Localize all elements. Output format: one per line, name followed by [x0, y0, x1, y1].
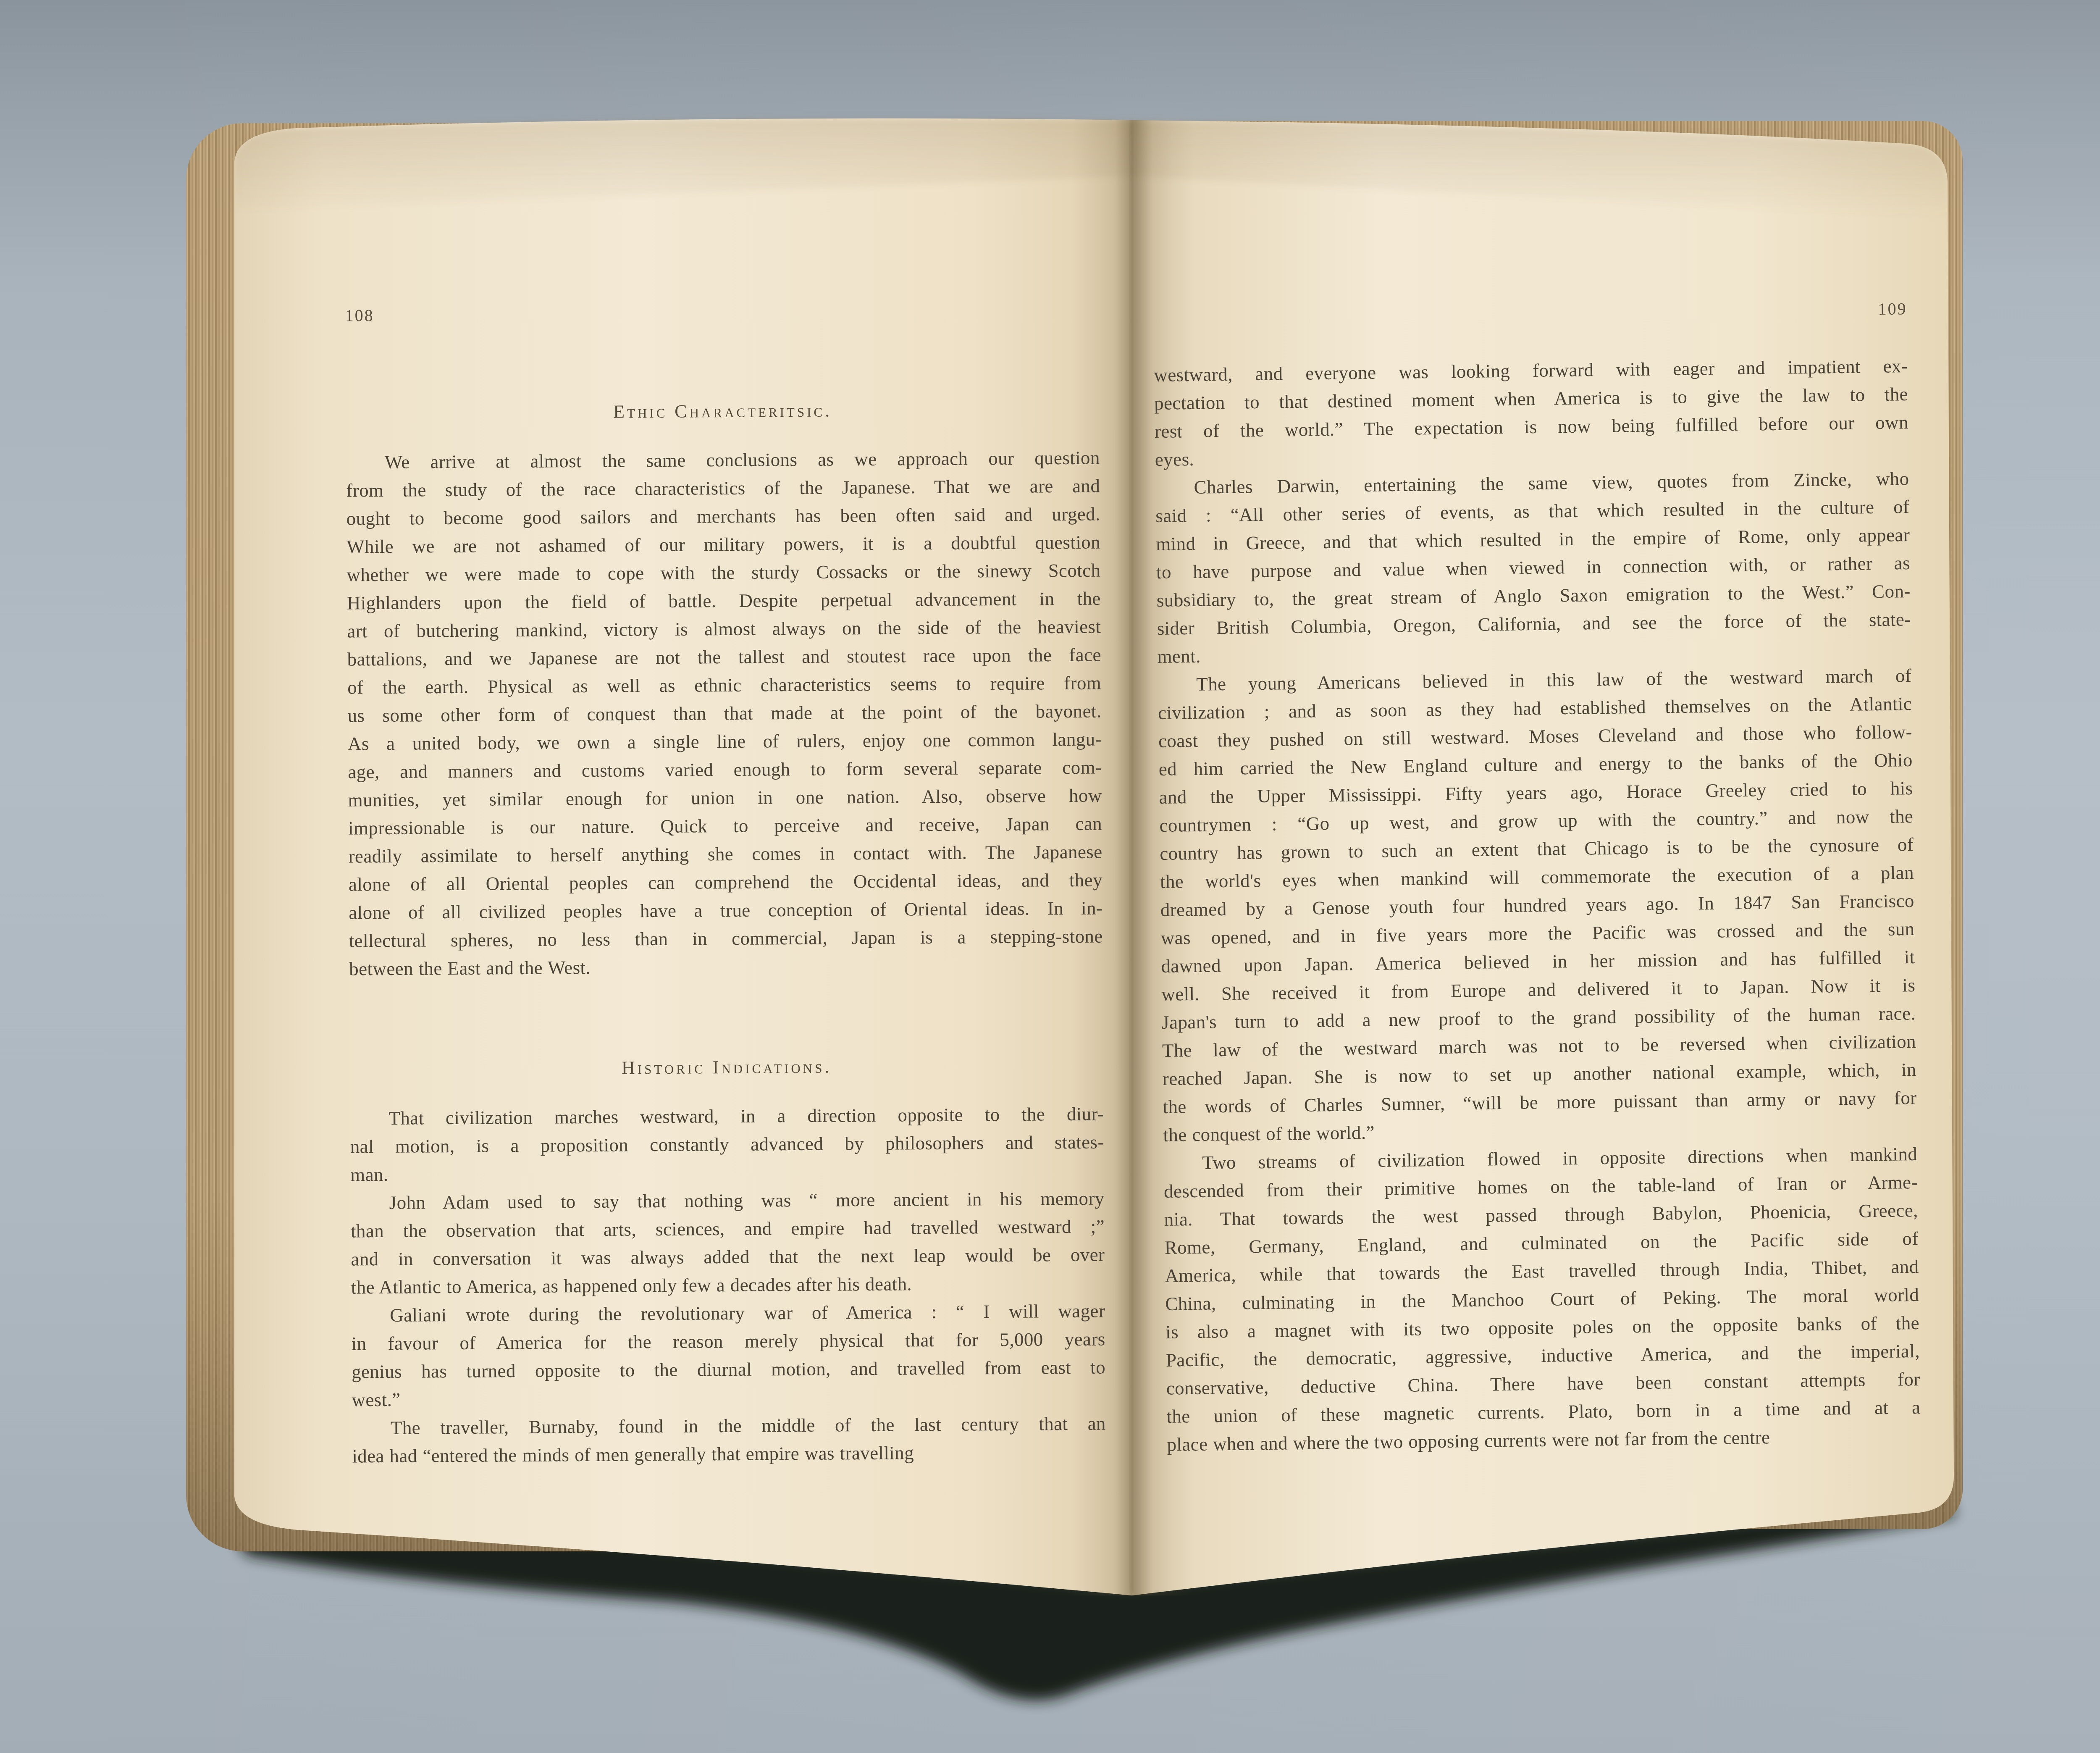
text-line: While we are not ashamed of our military…	[346, 528, 1100, 561]
paragraph: That civilization marches westward, in a…	[350, 1100, 1104, 1189]
text-line: the Atlantic to America, as happened onl…	[351, 1269, 1105, 1302]
text-line: John Adam used to say that nothing was “…	[350, 1185, 1104, 1217]
text-line: readily assimilate to herself anything s…	[348, 838, 1102, 871]
text-line: munities, yet similar enough for union i…	[348, 782, 1102, 815]
section-heading-historic-indications: Historic Indications.	[349, 1051, 1103, 1084]
right-page-text-block: 109 westward, and everyone was looking f…	[1153, 294, 1921, 1459]
page-number: 108	[345, 297, 1099, 330]
text-line: idea had “entered the minds of men gener…	[352, 1438, 1106, 1470]
paragraph: The traveller, Burnaby, found in the mid…	[352, 1409, 1106, 1470]
text-line: whether we were made to cope with the st…	[346, 557, 1100, 589]
text-line: Galiani wrote during the revolutionary w…	[351, 1297, 1105, 1330]
paragraph: John Adam used to say that nothing was “…	[350, 1185, 1105, 1302]
gutter-line	[1130, 122, 1133, 1592]
section-heading-ethic-characteritsic: Ethic Characteritsic.	[346, 395, 1100, 428]
text-line: ought to become good sailors and merchan…	[346, 500, 1100, 533]
text-line: nal motion, is a proposition constantly …	[350, 1128, 1104, 1161]
text-line: The traveller, Burnaby, found in the mid…	[352, 1409, 1106, 1442]
text-line: impressionable is our nature. Quick to p…	[348, 810, 1102, 843]
text-line: between the East and the West.	[349, 951, 1103, 983]
text-line: We arrive at almost the same conclusions…	[346, 444, 1100, 477]
text-line: than the observation that arts, sciences…	[351, 1213, 1105, 1246]
text-line: art of butchering mankind, victory is al…	[347, 613, 1101, 646]
paragraph: Two streams of civilization flowed in op…	[1163, 1140, 1921, 1459]
text-line: and in conversation it was always added …	[351, 1241, 1105, 1274]
text-line: west.”	[352, 1381, 1105, 1414]
text-line: age, and manners and customs varied enou…	[348, 754, 1102, 786]
book-photograph: 108 Ethic Characteritsic. We arrive at a…	[0, 0, 2100, 1753]
text-line: us some other form of conquest than that…	[347, 697, 1101, 730]
paragraph: Charles Darwin, entertaining the same vi…	[1155, 465, 1911, 671]
text-line: from the study of the race characteristi…	[346, 472, 1100, 505]
text-line: in favour of America for the reason mere…	[351, 1325, 1105, 1358]
paragraph: Galiani wrote during the revolutionary w…	[351, 1297, 1106, 1414]
text-line: alone of all Oriental peoples can compre…	[349, 866, 1102, 899]
paragraph: The young Americans believed in this law…	[1158, 662, 1917, 1149]
text-line: Highlanders upon the field of battle. De…	[347, 585, 1101, 618]
paragraph: westward, and everyone was looking forwa…	[1154, 352, 1909, 474]
left-page-text-block: 108 Ethic Characteritsic. We arrive at a…	[345, 297, 1106, 1471]
text-line: man.	[350, 1156, 1104, 1189]
text-line: tellectural spheres, no less than in com…	[349, 922, 1103, 955]
text-line: alone of all civilized peoples have a tr…	[349, 894, 1102, 927]
paragraph: We arrive at almost the same conclusions…	[346, 444, 1103, 983]
text-line: That civilization marches westward, in a…	[350, 1100, 1104, 1133]
text-line: As a united body, we own a single line o…	[348, 725, 1102, 758]
text-line: genius has turned opposite to the diurna…	[352, 1353, 1105, 1386]
text-line: battalions, and we Japanese are not the …	[347, 641, 1101, 674]
text-line: of the earth. Physical as well as ethnic…	[347, 669, 1101, 702]
